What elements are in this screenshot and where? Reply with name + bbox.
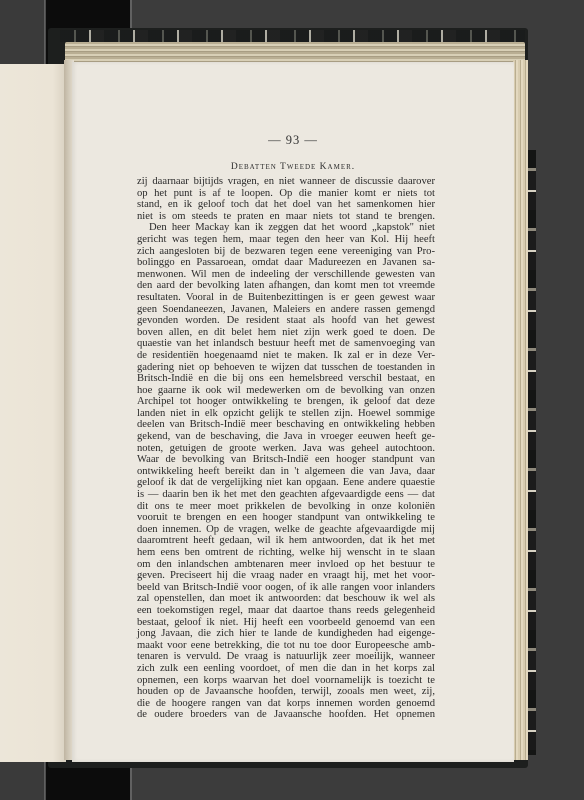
text-line: deelen van Britsch-Indië meer beschaving… — [137, 419, 435, 431]
text-line: om den inlandschen ambtenaren meer invlo… — [137, 559, 435, 571]
text-line: daaromtrent heeft gedaan, wil ik hem ant… — [137, 535, 435, 547]
text-line: doen innemen. Op de vragen, welke de gea… — [137, 524, 435, 536]
text-line: jong Javaan, die zich hier te lande de k… — [137, 628, 435, 640]
text-line: zij daarnaar bijtijds vragen, en niet wa… — [137, 176, 435, 188]
text-line: Den heer Mackay kan ik zeggen dat het wo… — [137, 222, 435, 234]
text-line: geven. Preciseert hij die vraag nader en… — [137, 570, 435, 582]
text-line: Waar de bevolking van Britsch-Indië een … — [137, 454, 435, 466]
page-number: — 93 — — [72, 133, 514, 148]
text-line: landen niet in elk opzicht gelijk te ste… — [137, 408, 435, 420]
text-line: bolinggo en Passaroean, omdat daar Madur… — [137, 257, 435, 269]
text-line: de residentiën hoegenaamd niet te maken.… — [137, 350, 435, 362]
text-line: Britsch-Indië en die bij ons een hemelsb… — [137, 373, 435, 385]
text-line: houden op de Javaansche hoofden, terwijl… — [137, 686, 435, 698]
text-line: gekend, van de beschaving, die Java in v… — [137, 431, 435, 443]
text-line: gadering niet op behoeven te wijzen dat … — [137, 362, 435, 374]
marbled-cover-edge-right — [527, 150, 536, 755]
text-line: is — daarin ben ik het met den geachten … — [137, 489, 435, 501]
text-line: zich zulk een eenling voordoet, of men d… — [137, 663, 435, 675]
text-line: zich aangesloten bij de bezwaren tegen e… — [137, 246, 435, 258]
text-line: tenaren is vervuld. De vraag is natuurli… — [137, 651, 435, 663]
running-head: Debatten Tweede Kamer. — [72, 162, 514, 172]
text-line: Archipel tot hooger ontwikkeling te bren… — [137, 396, 435, 408]
text-line: geen Soendaneezen, Javanen, Maleiers en … — [137, 304, 435, 316]
text-line: bestaat, geloof ik niet. Hij heeft een v… — [137, 617, 435, 629]
text-line: niet is om steeds te praten en maar niet… — [137, 211, 435, 223]
text-line: op het punt is af te loopen. Op die mani… — [137, 188, 435, 200]
text-line: een toekomstigen regel, maar dat daartoe… — [137, 605, 435, 617]
text-line: beeld van Britsch-Indië voor oogen, of i… — [137, 582, 435, 594]
text-line: geloof ik dat de vergelijking niet kan o… — [137, 477, 435, 489]
text-line: maakt voor eene betrekking, die tot nu t… — [137, 640, 435, 652]
text-line: hem eens ben omtrent de richting, welke … — [137, 547, 435, 559]
text-line: noten, getuigen de groote werken. Java w… — [137, 443, 435, 455]
text-line: menwonen. Wil men de indeeling der versc… — [137, 269, 435, 281]
text-line: resultaten. Vooral in de Buitenbezitting… — [137, 292, 435, 304]
text-line: gevonden worden. De resident staat als h… — [137, 315, 435, 327]
text-line: den aard der bevolking laten afhangen, d… — [137, 280, 435, 292]
page-block-top-edge — [65, 42, 525, 64]
book-page: — 93 — Debatten Tweede Kamer. zij daarna… — [72, 62, 514, 762]
text-line: quaestie van het inlandsch bestuur heeft… — [137, 338, 435, 350]
text-line: dit ons te meer moet prikkelen de bevolk… — [137, 501, 435, 513]
text-line: boven allen, en dit belet hem niet zijn … — [137, 327, 435, 339]
text-line: stand, en ik geloof toch dat het doel va… — [137, 199, 435, 211]
text-line: opnemen, een korps waarvan het doel voor… — [137, 675, 435, 687]
text-line: de oudere broeders van de Javaansche hoo… — [137, 709, 435, 721]
text-line: die de hoogere rangen van dat korps inne… — [137, 698, 435, 710]
text-line: ontwikkeling heeft bereikt dan in 't alg… — [137, 466, 435, 478]
marbled-cover-edge-top — [60, 30, 525, 42]
page-block-right-edge — [513, 60, 528, 760]
text-line: hoe gaarne ik ook wil medewerken om de b… — [137, 385, 435, 397]
text-line: gericht was tegen hem, maar tegen den he… — [137, 234, 435, 246]
body-text: zij daarnaar bijtijds vragen, en niet wa… — [137, 176, 435, 721]
text-line: zal openstellen, dan moet ik antwoorden:… — [137, 593, 435, 605]
facing-left-page — [0, 64, 66, 762]
text-line: vooruit te brengen en een hooger standpu… — [137, 512, 435, 524]
